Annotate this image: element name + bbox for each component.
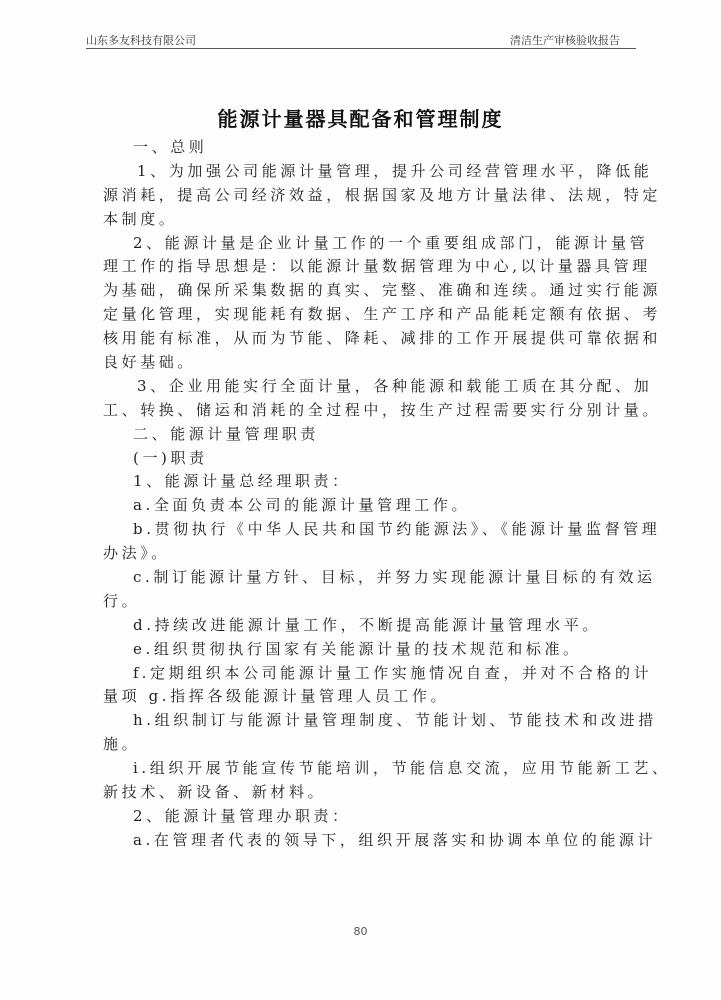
text-line: 源消耗，提高公司经济效益，根据国家及地方计量法律、法规，特定 [103,184,573,208]
document-page: 山东多友科技有限公司 清洁生产审核验收报告 能源计量器具配备和管理制度 一、总则… [0,0,721,1000]
text-line: i.组织开展节能宣传节能培训，节能信息交流，应用节能新工艺、 [103,757,573,781]
text-line: 定量化管理，实现能耗有数据、生产工序和产品能耗定额有依据、考 [103,303,573,327]
text-line: 办法》。 [103,542,573,566]
text-line: c.制订能源计量方针、目标，并努力实现能源计量目标的有效运 [103,566,573,590]
text-line: 行。 [103,590,573,614]
text-line: 3、企业用能实行全面计量，各种能源和载能工质在其分配、加 [103,375,573,399]
text-line: 二、能源计量管理职责 [103,423,573,447]
header-report-title: 清洁生产审核验收报告 [510,32,620,48]
text-line: e.组织贯彻执行国家有关能源计量的技术规范和标准。 [103,638,573,662]
text-line: 2、能源计量管理办职责： [103,805,573,829]
text-line: 为基础，确保所采集数据的真实、完整、准确和连续。通过实行能源 [103,279,573,303]
text-line: 施。 [103,733,573,757]
page-number: 80 [0,925,721,938]
text-line: 核用能有标准，从而为节能、降耗、减排的工作开展提供可靠依据和 [103,327,573,351]
text-line: f.定期组织本公司能源计量工作实施情况自查，并对不合格的计 [103,662,573,686]
header-company-name: 山东多友科技有限公司 [86,32,196,48]
text-line: 新技术、新设备、新材料。 [103,781,573,805]
text-line: a.全面负责本公司的能源计量管理工作。 [103,494,573,518]
text-line: 1、能源计量总经理职责： [103,470,573,494]
document-body: 一、总则1、为加强公司能源计量管理，提升公司经营管理水平，降低能源消耗，提高公司… [103,136,573,853]
text-line: 2、能源计量是企业计量工作的一个重要组成部门，能源计量管 [103,232,573,256]
text-line: 工、转换、储运和消耗的全过程中，按生产过程需要实行分别计量。 [103,399,573,423]
text-line: 一、总则 [103,136,573,160]
text-line: 本制度。 [103,208,573,232]
text-line: 1、为加强公司能源计量管理，提升公司经营管理水平，降低能 [103,160,573,184]
text-line: (一)职责 [103,447,573,471]
text-line: a.在管理者代表的领导下，组织开展落实和协调本单位的能源计 [103,829,573,853]
text-line: 良好基础。 [103,351,573,375]
document-title: 能源计量器具配备和管理制度 [0,103,721,132]
text-line: d.持续改进能源计量工作，不断提高能源计量管理水平。 [103,614,573,638]
page-header: 山东多友科技有限公司 清洁生产审核验收报告 [86,30,636,49]
text-line: 量项 g.指挥各级能源计量管理人员工作。 [103,685,573,709]
text-line: 理工作的指导思想是：以能源计量数据管理为中心,以计量器具管理 [103,255,573,279]
text-line: b.贯彻执行《中华人民共和国节约能源法》、《能源计量监督管理 [103,518,573,542]
text-line: h.组织制订与能源计量管理制度、节能计划、节能技术和改进措 [103,709,573,733]
